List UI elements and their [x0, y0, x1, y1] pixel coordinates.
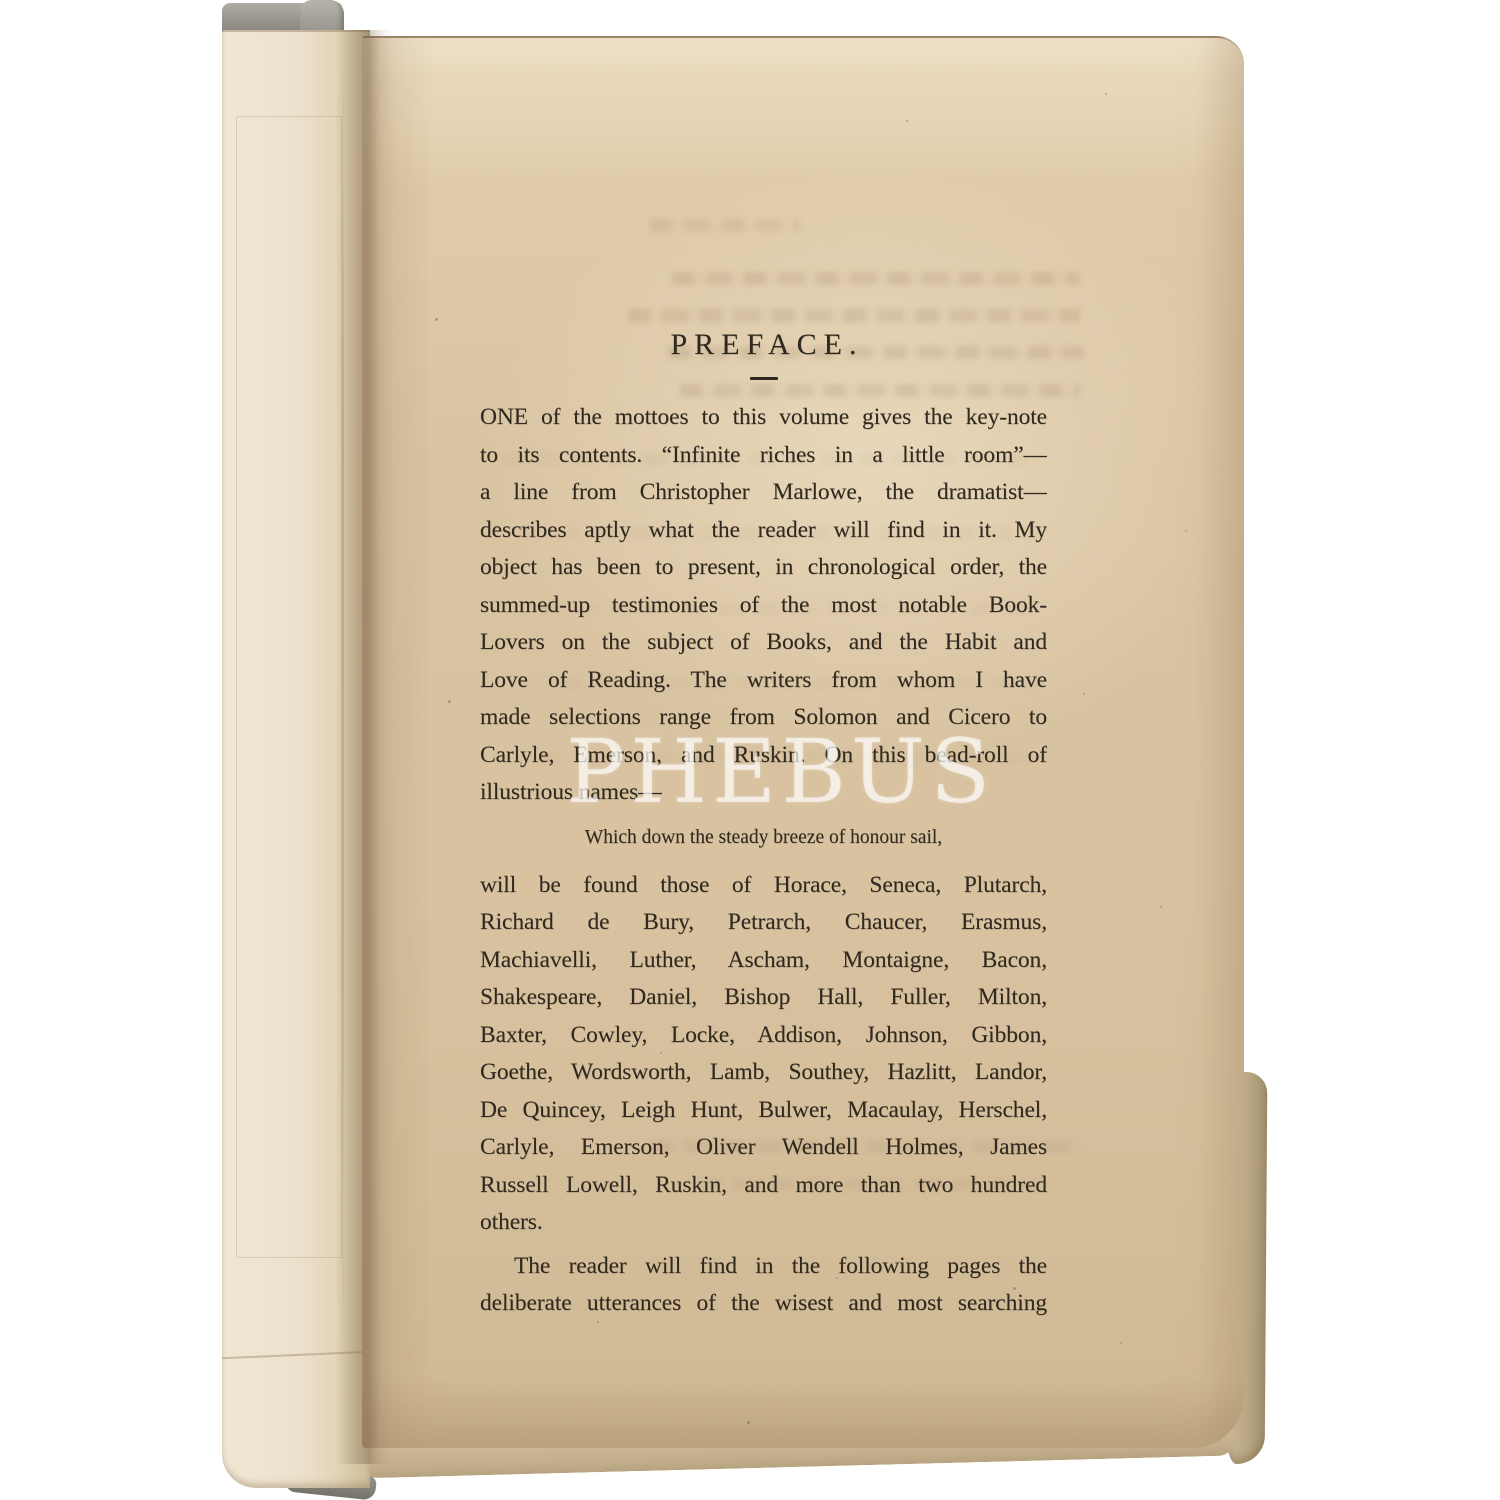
show-through-line [650, 219, 800, 232]
book-photo: PREFACE. ONE of the mottoes to this volu… [0, 0, 1500, 1500]
foxing-speck [1185, 530, 1187, 532]
text-line: object has been to present, in chronolog… [480, 549, 1047, 587]
foxing-speck [435, 318, 438, 321]
foxing-speck [1105, 93, 1107, 95]
foxing-speck [1120, 1342, 1122, 1344]
text-line: The reader will find in the following pa… [480, 1248, 1047, 1286]
paragraph-3: The reader will find in the following pa… [480, 1248, 1047, 1323]
preface-heading: PREFACE. [480, 328, 1047, 362]
plate-impression [236, 116, 342, 1258]
text-line: ONE of the mottoes to this volume gives … [480, 399, 1047, 437]
verse-line: Which down the steady breeze of honour s… [480, 823, 1047, 853]
show-through-line [672, 272, 1080, 285]
heading-rule [750, 377, 778, 380]
foxing-speck [1013, 1287, 1016, 1290]
text-line: will be found those of Horace, Seneca, P… [480, 867, 1047, 905]
text-line: Shakespeare, Daniel, Bishop Hall, Fuller… [480, 979, 1047, 1017]
foxing-speck [747, 1421, 750, 1424]
text-line: Richard de Bury, Petrarch, Chaucer, Eras… [480, 904, 1047, 942]
foxing-speck [520, 762, 522, 764]
foxing-speck [1160, 906, 1162, 908]
text-line: a line from Christopher Marlowe, the dra… [480, 474, 1047, 512]
text-line: Russell Lowell, Ruskin, and more than tw… [480, 1167, 1047, 1205]
foxing-speck [980, 990, 982, 992]
text-line: summed-up testimonies of the most notabl… [480, 587, 1047, 625]
text-line: to its contents. “Infinite riches in a l… [480, 437, 1047, 475]
text-line: deliberate utterances of the wisest and … [480, 1285, 1047, 1323]
gutter-shadow [336, 30, 394, 1464]
text-line: Goethe, Wordsworth, Lamb, Southey, Hazli… [480, 1054, 1047, 1092]
text-line: Lovers on the subject of Books, and the … [480, 624, 1047, 662]
foxing-speck [1083, 693, 1085, 695]
text-line: Carlyle, Emerson, Oliver Wendell Holmes,… [480, 1129, 1047, 1167]
text-line: Love of Reading. The writers from whom I… [480, 662, 1047, 700]
foxing-speck [660, 1052, 662, 1054]
foxing-speck [597, 1321, 599, 1323]
text-line: others. [480, 1204, 1047, 1242]
preface-text-block: PREFACE. ONE of the mottoes to this volu… [480, 328, 1047, 1323]
phebus-watermark: PHEBUS [566, 726, 995, 818]
paragraph-2: will be found those of Horace, Seneca, P… [480, 867, 1047, 1242]
foxing-speck [448, 700, 451, 703]
text-line: describes aptly what the reader will fin… [480, 512, 1047, 550]
show-through-line [628, 309, 1080, 322]
text-line: Baxter, Cowley, Locke, Addison, Johnson,… [480, 1017, 1047, 1055]
foxing-speck [836, 1277, 838, 1279]
text-line: Machiavelli, Luther, Ascham, Montaigne, … [480, 942, 1047, 980]
foxing-speck [874, 641, 878, 645]
text-line: De Quincey, Leigh Hunt, Bulwer, Macaulay… [480, 1092, 1047, 1130]
foxing-speck [906, 120, 908, 122]
